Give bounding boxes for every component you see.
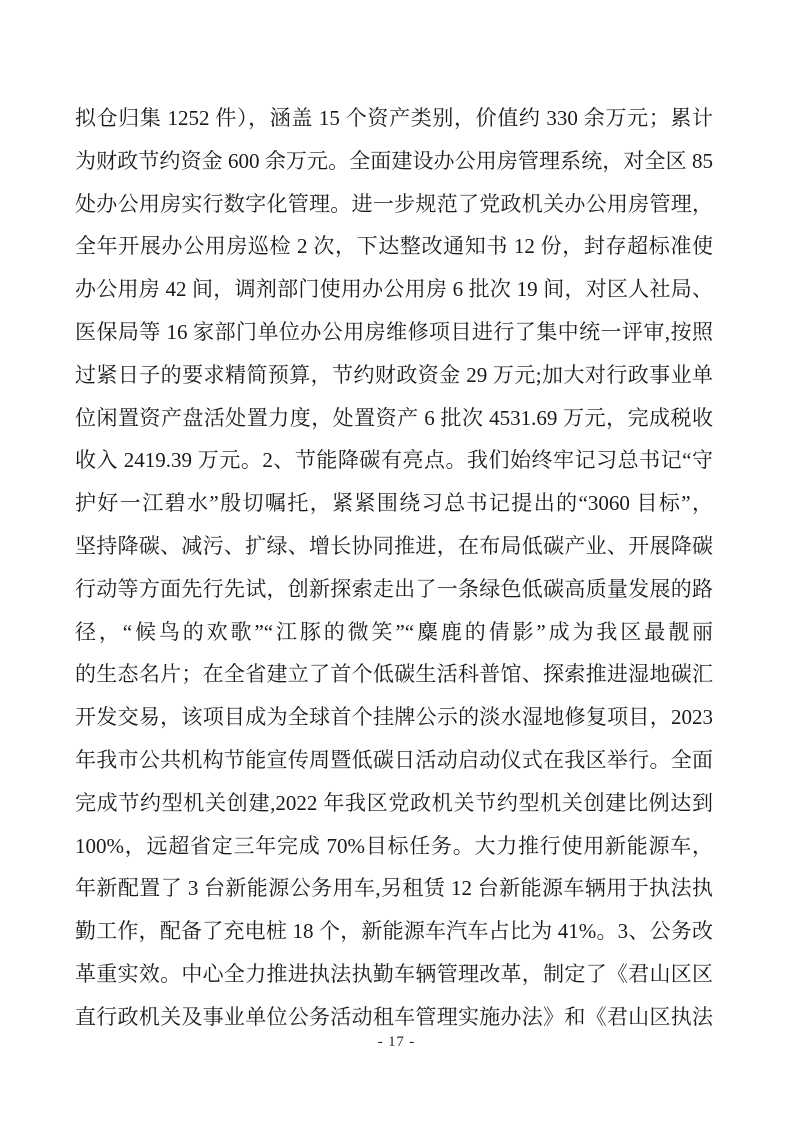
text-line: 医保局等 16 家部门单位办公用房维修项目进行了集中统一评审,按照 <box>75 311 713 354</box>
text-line: 的生态名片；在全省建立了首个低碳生活科普馆、探索推进湿地碳汇 <box>75 653 713 696</box>
text-line: 革重实效。中心全力推进执法执勤车辆管理改革，制定了《君山区区 <box>75 953 713 996</box>
text-line: 全年开展办公用房巡检 2 次，下达整改通知书 12 份，封存超标准使用 <box>75 225 713 268</box>
text-line: 开发交易，该项目成为全球首个挂牌公示的淡水湿地修复项目，2023 <box>75 696 713 739</box>
text-line: 年新配置了 3 台新能源公务用车,另租赁 12 台新能源车辆用于执法执 <box>75 867 713 910</box>
text-line: 100%，远超省定三年完成 70%目标任务。大力推行使用新能源车，今 <box>75 825 713 868</box>
text-line: 过紧日子的要求精简预算，节约财政资金 29 万元;加大对行政事业单 <box>75 354 713 397</box>
text-line: 办公用房 42 间，调剂部门使用办公用房 6 批次 19 间，对区人社局、 <box>75 268 713 311</box>
text-line: 护好一江碧水”殷切嘱托，紧紧围绕习总书记提出的“3060 目标”， <box>75 482 713 525</box>
text-line: 位闲置资产盘活处置力度，处置资产 6 批次 4531.69 万元，完成税收 <box>75 397 713 440</box>
page-number: - 17 - <box>378 1034 415 1051</box>
text-line: 行动等方面先行先试，创新探索走出了一条绿色低碳高质量发展的路 <box>75 568 713 611</box>
document-body-text: 拟仓归集 1252 件），涵盖 15 个资产类别，价值约 330 余万元；累计为… <box>75 97 713 1039</box>
text-line: 为财政节约资金 600 余万元。全面建设办公用房管理系统，对全区 85 <box>75 140 713 183</box>
text-line: 拟仓归集 1252 件），涵盖 15 个资产类别，价值约 330 余万元；累计 <box>75 97 713 140</box>
text-line: 勤工作，配备了充电桩 18 个，新能源车汽车占比为 41%。3、公务改 <box>75 910 713 953</box>
document-page: 拟仓归集 1252 件），涵盖 15 个资产类别，价值约 330 余万元；累计为… <box>0 0 793 1122</box>
text-line: 坚持降碳、减污、扩绿、增长协同推进，在布局低碳产业、开展降碳 <box>75 525 713 568</box>
text-line: 径，“候鸟的欢歌”“江豚的微笑”“麋鹿的倩影”成为我区最靓丽 <box>75 611 713 654</box>
page-footer: - 17 - <box>0 1033 793 1055</box>
text-line: 年我市公共机构节能宣传周暨低碳日活动启动仪式在我区举行。全面 <box>75 739 713 782</box>
text-line: 处办公用房实行数字化管理。进一步规范了党政机关办公用房管理， <box>75 183 713 226</box>
text-line: 完成节约型机关创建,2022 年我区党政机关节约型机关创建比例达到 <box>75 782 713 825</box>
text-line: 收入 2419.39 万元。2、节能降碳有亮点。我们始终牢记习总书记“守 <box>75 439 713 482</box>
